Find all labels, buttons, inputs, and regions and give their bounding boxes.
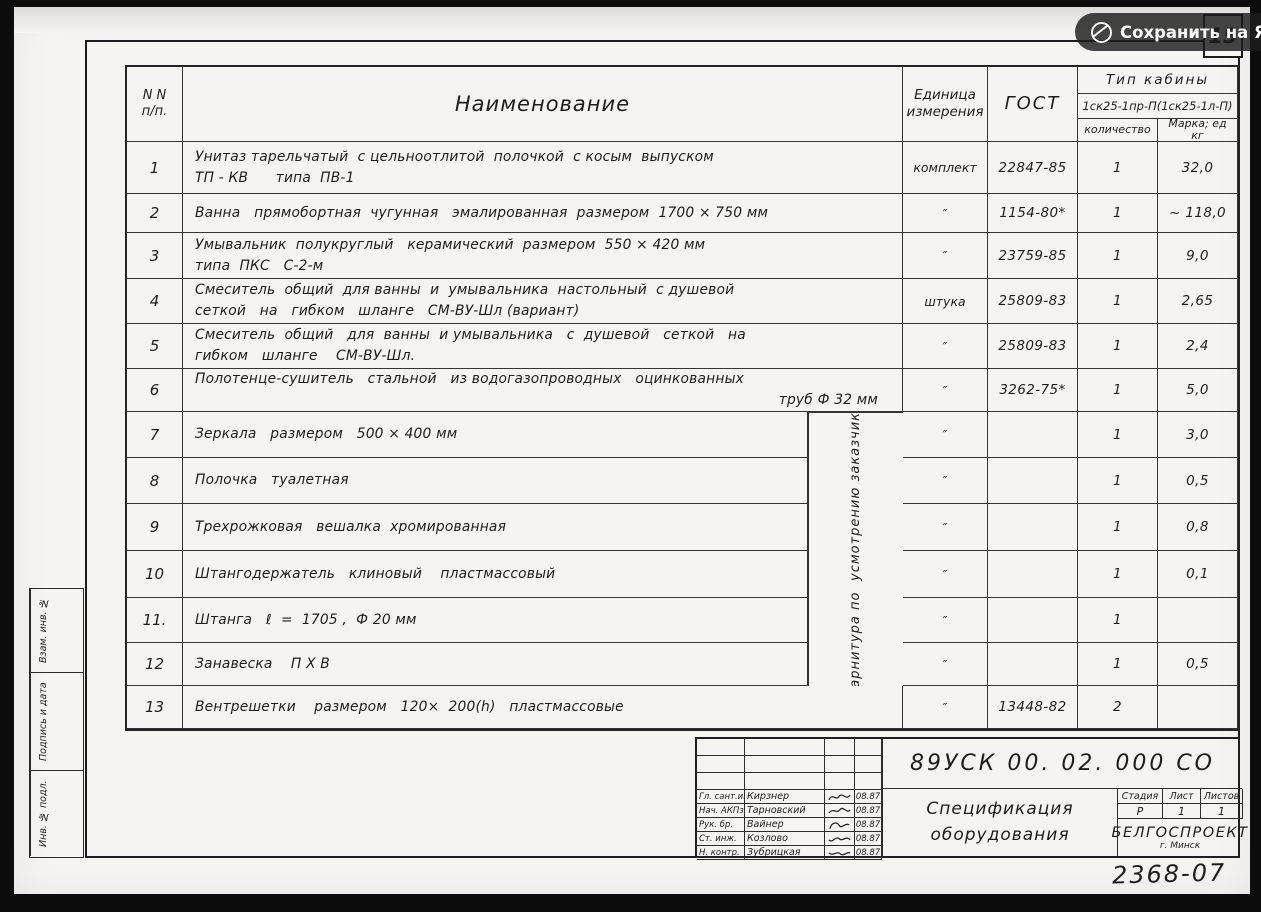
gost-cell: 1154-80* — [988, 194, 1078, 233]
sheets-header: Листов — [1201, 789, 1243, 804]
empty-cell — [825, 739, 855, 756]
unit-cell: ″ — [903, 643, 988, 686]
stage-grid: Стадия Лист Листов Р 1 1 — [1117, 789, 1242, 819]
empty-cell — [855, 756, 882, 773]
row-number-cell: 12 — [127, 643, 183, 686]
scanned-drawing-page: 15 N N п/п. Наименование Единица измерен… — [0, 0, 1261, 912]
item-name-cell: Смеситель общий для ванны и умывальника … — [183, 279, 903, 324]
header-gost: ГОСТ — [988, 67, 1078, 142]
margin-label-inv: Инв. № подл. — [30, 771, 56, 856]
staff-role: Нач. АКПз — [697, 804, 745, 818]
staff-role: Гл. сант.ин — [697, 790, 745, 804]
item-name-cell: Зеркала размером 500 × 400 мм — [183, 412, 808, 458]
title-block: Гл. сант.ин Кирзнер 08.87 Нач. АКПз Тарн… — [695, 737, 1240, 858]
quantity-cell: 1 — [1078, 142, 1158, 194]
header-quantity: количество — [1078, 119, 1158, 142]
item-name-cell: Трехрожковая вешалка хромированная — [183, 504, 808, 551]
row-number-cell: 13 — [127, 686, 183, 729]
header-unit: Единица измерения — [903, 67, 988, 142]
mass-cell: 32,0 — [1158, 142, 1238, 194]
organization-box: БЕЛГОСПРОЕКТ г. Минск — [1117, 819, 1242, 856]
staff-date: 08.87 — [855, 832, 882, 846]
margin-label-podpis: Подпись и дата — [30, 673, 56, 770]
margin-blank-cell — [56, 673, 83, 770]
empty-cell — [855, 739, 882, 756]
row-number-cell: 10 — [127, 551, 183, 598]
quantity-cell: 1 — [1078, 369, 1158, 412]
gost-cell: 22847-85 — [988, 142, 1078, 194]
quantity-cell: 1 — [1078, 233, 1158, 279]
unit-cell: комплект — [903, 142, 988, 194]
mass-cell: 2,4 — [1158, 324, 1238, 369]
empty-cell — [745, 756, 825, 773]
save-to-yandex-button[interactable]: Сохранить на Янд — [1075, 13, 1261, 51]
row-number-cell: 8 — [127, 458, 183, 504]
empty-cell — [697, 739, 745, 756]
unit-cell: ″ — [903, 598, 988, 643]
unit-cell: ″ — [903, 504, 988, 551]
quantity-cell: 2 — [1078, 686, 1158, 729]
gost-cell: 23759-85 — [988, 233, 1078, 279]
mass-cell: 2,65 — [1158, 279, 1238, 324]
staff-date: 08.87 — [855, 818, 882, 832]
gost-cell — [988, 598, 1078, 643]
unit-cell: ″ — [903, 412, 988, 458]
unit-cell: ″ — [903, 551, 988, 598]
staff-date: 08.87 — [855, 846, 882, 860]
row-number-cell: 9 — [127, 504, 183, 551]
unit-cell: ″ — [903, 324, 988, 369]
margin-label-vzam: Взам. инв. № — [30, 589, 56, 672]
unit-cell: ″ — [903, 194, 988, 233]
gost-cell: 25809-83 — [988, 279, 1078, 324]
mass-cell — [1158, 598, 1238, 643]
footer-document-code: 2368-07 — [1112, 859, 1227, 890]
mass-cell: 3,0 — [1158, 412, 1238, 458]
empty-cell — [825, 773, 855, 790]
mass-cell: 0,5 — [1158, 643, 1238, 686]
signature-mark — [825, 832, 855, 846]
sheets-value: 1 — [1201, 804, 1243, 819]
mass-cell: 0,5 — [1158, 458, 1238, 504]
item-name-cell: Полотенце-сушитель стальной из водогазоп… — [183, 369, 903, 412]
sheet-header: Лист — [1163, 789, 1201, 804]
scan-top-shadow — [14, 7, 1250, 33]
mass-cell: 9,0 — [1158, 233, 1238, 279]
row-number-cell: 4 — [127, 279, 183, 324]
unit-cell: ″ — [903, 233, 988, 279]
specification-table: N N п/п. Наименование Единица измерения … — [125, 65, 1240, 731]
quantity-cell: 1 — [1078, 324, 1158, 369]
margin-band: Инв. № подл. — [30, 771, 83, 856]
staff-name: Тарновский — [745, 804, 825, 818]
staff-name: Зубрицкая — [745, 846, 825, 860]
document-title: Спецификация оборудования — [882, 789, 1117, 856]
empty-cell — [745, 739, 825, 756]
mass-cell: 0,8 — [1158, 504, 1238, 551]
header-marka: Марка; ед кг — [1158, 119, 1238, 142]
quantity-cell: 1 — [1078, 551, 1158, 598]
mass-cell — [1158, 686, 1238, 729]
yandex-disk-icon — [1091, 22, 1112, 43]
empty-cell — [697, 756, 745, 773]
item-name-cell: Смеситель общий для ванны и умывальника … — [183, 324, 903, 369]
sheet-value: 1 — [1163, 804, 1201, 819]
margin-blank-cell — [56, 589, 83, 672]
header-cabin-variant: 1ск25-1пр-П(1ск25-1л-П) — [1078, 94, 1238, 119]
item-name-cell: Ванна прямобортная чугунная эмалированна… — [183, 194, 903, 233]
signature-mark — [825, 818, 855, 832]
save-button-label: Сохранить на Янд — [1120, 23, 1261, 42]
mass-cell: 0,1 — [1158, 551, 1238, 598]
empty-cell — [855, 773, 882, 790]
organization-name: БЕЛГОСПРОЕКТ — [1112, 825, 1249, 841]
mass-cell: ~ 118,0 — [1158, 194, 1238, 233]
gost-cell — [988, 643, 1078, 686]
gost-cell: 25809-83 — [988, 324, 1078, 369]
gost-cell: 3262-75* — [988, 369, 1078, 412]
gost-cell — [988, 412, 1078, 458]
staff-name: Кирзнер — [745, 790, 825, 804]
gost-cell — [988, 504, 1078, 551]
document-code: 89УСК 00. 02. 000 СО — [882, 739, 1242, 789]
quantity-cell: 1 — [1078, 194, 1158, 233]
row-number-cell: 2 — [127, 194, 183, 233]
row-number-cell: 1 — [127, 142, 183, 194]
staff-date: 08.87 — [855, 804, 882, 818]
quantity-cell: 1 — [1078, 412, 1158, 458]
staff-role: Ст. инж. — [697, 832, 745, 846]
margin-band: Подпись и дата — [30, 673, 83, 771]
margin-blank-cell — [56, 771, 83, 856]
merged-note-garnitura: Гарнитура по усмотрению заказчика — [808, 412, 903, 686]
quantity-cell: 1 — [1078, 643, 1158, 686]
header-nn: N N п/п. — [127, 67, 183, 142]
left-margin-table: Взам. инв. № Подпись и дата Инв. № подл. — [29, 588, 84, 858]
unit-cell: штука — [903, 279, 988, 324]
empty-cell — [825, 756, 855, 773]
quantity-cell: 1 — [1078, 598, 1158, 643]
staff-name: Вайнер — [745, 818, 825, 832]
item-name-cell: Вентрешетки размером 120× 200(h) пластма… — [183, 686, 903, 729]
staff-name: Козлово — [745, 832, 825, 846]
header-name: Наименование — [183, 67, 903, 142]
organization-city: г. Минск — [1160, 841, 1200, 851]
staff-role: Рук. бр. — [697, 818, 745, 832]
stage-value: Р — [1118, 804, 1163, 819]
row-number-cell: 6 — [127, 369, 183, 412]
staff-role: Н. контр. — [697, 846, 745, 860]
mass-cell: 5,0 — [1158, 369, 1238, 412]
row-number-cell: 5 — [127, 324, 183, 369]
unit-cell: ″ — [903, 369, 988, 412]
empty-cell — [745, 773, 825, 790]
signature-mark — [825, 804, 855, 818]
staff-date: 08.87 — [855, 790, 882, 804]
margin-band: Взам. инв. № — [30, 589, 83, 673]
unit-cell: ″ — [903, 686, 988, 729]
quantity-cell: 1 — [1078, 279, 1158, 324]
quantity-cell: 1 — [1078, 458, 1158, 504]
header-cabin-type: Тип кабины — [1078, 67, 1238, 94]
signature-mark — [825, 846, 855, 860]
quantity-cell: 1 — [1078, 504, 1158, 551]
gost-cell — [988, 551, 1078, 598]
item-name-cell: Занавеска П Х В — [183, 643, 808, 686]
item-name-cell: Штангодержатель клиновый пластмассовый — [183, 551, 808, 598]
stage-header: Стадия — [1118, 789, 1163, 804]
empty-cell — [697, 773, 745, 790]
item-name-cell: Штанга ℓ = 1705 , Ф 20 мм — [183, 598, 808, 643]
row-number-cell: 7 — [127, 412, 183, 458]
item-name-cell: Умывальник полукруглый керамический разм… — [183, 233, 903, 279]
gost-cell: 13448-82 — [988, 686, 1078, 729]
gost-cell — [988, 458, 1078, 504]
row-number-cell: 11. — [127, 598, 183, 643]
unit-cell: ″ — [903, 458, 988, 504]
signature-mark — [825, 790, 855, 804]
row-number-cell: 3 — [127, 233, 183, 279]
item-name-cell: Полочка туалетная — [183, 458, 808, 504]
item-name-cell: Унитаз тарельчатый с цельноотлитой полоч… — [183, 142, 903, 194]
signature-table: Гл. сант.ин Кирзнер 08.87 Нач. АКПз Тарн… — [697, 739, 882, 856]
